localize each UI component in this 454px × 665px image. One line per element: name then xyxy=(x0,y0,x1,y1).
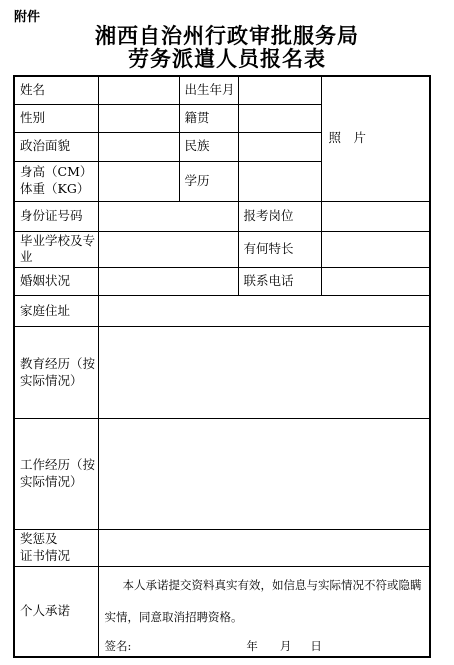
height-weight-value-cell[interactable] xyxy=(98,161,179,201)
work-history-label-line1: 工作经历（按 xyxy=(20,457,96,474)
school-major-label-line1: 毕业学校及专 xyxy=(20,233,96,250)
table-row: 工作经历（按 实际情况） xyxy=(14,419,430,530)
school-major-label: 毕业学校及专 业 xyxy=(14,231,98,268)
photo-cell[interactable]: 照 片 xyxy=(321,76,430,201)
table-row: 毕业学校及专 业 有何特长 xyxy=(14,231,430,268)
ethnicity-label: 民族 xyxy=(179,132,238,161)
education-history-label-line1: 教育经历（按 xyxy=(20,356,96,373)
work-history-label: 工作经历（按 实际情况） xyxy=(14,419,98,530)
home-address-label: 家庭住址 xyxy=(14,296,98,327)
work-history-value-cell[interactable] xyxy=(98,419,430,530)
signature-row: 签名:年月日 xyxy=(105,638,426,654)
table-row: 奖惩及 证书情况 xyxy=(14,530,430,567)
specialty-value-cell[interactable] xyxy=(321,231,430,268)
awards-label-line2: 证书情况 xyxy=(20,548,96,565)
home-address-value-cell[interactable] xyxy=(98,296,430,327)
work-history-label-line2: 实际情况） xyxy=(20,474,96,491)
position-applied-label: 报考岗位 xyxy=(238,201,321,231)
native-place-label: 籍贯 xyxy=(179,104,238,132)
specialty-label: 有何特长 xyxy=(238,231,321,268)
table-row: 婚姻状况 联系电话 xyxy=(14,268,430,296)
name-value-cell[interactable] xyxy=(98,76,179,104)
id-number-value-cell[interactable] xyxy=(98,201,238,231)
birth-date-label: 出生年月 xyxy=(179,76,238,104)
gender-label: 性别 xyxy=(14,104,98,132)
education-level-label: 学历 xyxy=(179,161,238,201)
education-level-value-cell[interactable] xyxy=(238,161,321,201)
marital-status-value-cell[interactable] xyxy=(98,268,238,296)
month-label: 月 xyxy=(280,638,292,654)
commitment-text-line1: 本人承诺提交资料真实有效，如信息与实际情况不符或隐瞒 xyxy=(105,569,426,601)
birth-date-value-cell[interactable] xyxy=(238,76,321,104)
education-history-value-cell[interactable] xyxy=(98,327,430,419)
contact-phone-value-cell[interactable] xyxy=(321,268,430,296)
political-status-label: 政治面貌 xyxy=(14,132,98,161)
form-title-line2: 劳务派遣人员报名表 xyxy=(0,47,454,70)
table-row: 身份证号码 报考岗位 xyxy=(14,201,430,231)
native-place-value-cell[interactable] xyxy=(238,104,321,132)
commitment-text-line2: 实情，同意取消招聘资格。 xyxy=(105,601,426,633)
marital-status-label: 婚姻状况 xyxy=(14,268,98,296)
ethnicity-value-cell[interactable] xyxy=(238,132,321,161)
signature-label: 签名: xyxy=(105,639,132,653)
height-label-line: 身高（CM） xyxy=(20,164,96,181)
name-label: 姓名 xyxy=(14,76,98,104)
education-history-label-line2: 实际情况） xyxy=(20,373,96,390)
school-major-value-cell[interactable] xyxy=(98,231,238,268)
table-row: 家庭住址 xyxy=(14,296,430,327)
school-major-label-line2: 业 xyxy=(20,249,96,266)
weight-label-line: 体重（KG） xyxy=(20,181,96,198)
year-label: 年 xyxy=(246,638,258,654)
attachment-label: 附件 xyxy=(14,6,40,25)
form-title: 湘西自治州行政审批服务局 劳务派遣人员报名表 xyxy=(0,24,454,70)
id-number-label: 身份证号码 xyxy=(14,201,98,231)
position-applied-value-cell[interactable] xyxy=(321,201,430,231)
form-title-line1: 湘西自治州行政审批服务局 xyxy=(0,24,454,47)
form-page: 附件 湘西自治州行政审批服务局 劳务派遣人员报名表 姓名 出生年月 照 片 性别… xyxy=(0,0,454,665)
personal-commitment-cell: 本人承诺提交资料真实有效，如信息与实际情况不符或隐瞒 实情，同意取消招聘资格。 … xyxy=(98,567,430,658)
height-weight-label: 身高（CM） 体重（KG） xyxy=(14,161,98,201)
contact-phone-label: 联系电话 xyxy=(238,268,321,296)
education-history-label: 教育经历（按 实际情况） xyxy=(14,327,98,419)
table-row: 姓名 出生年月 照 片 xyxy=(14,76,430,104)
awards-certificates-label: 奖惩及 证书情况 xyxy=(14,530,98,567)
awards-certificates-value-cell[interactable] xyxy=(98,530,430,567)
personal-commitment-label: 个人承诺 xyxy=(14,567,98,658)
gender-value-cell[interactable] xyxy=(98,104,179,132)
awards-label-line1: 奖惩及 xyxy=(20,531,96,548)
table-row: 个人承诺 本人承诺提交资料真实有效，如信息与实际情况不符或隐瞒 实情，同意取消招… xyxy=(14,567,430,658)
table-row: 教育经历（按 实际情况） xyxy=(14,327,430,419)
political-status-value-cell[interactable] xyxy=(98,132,179,161)
day-label: 日 xyxy=(310,638,322,654)
application-form-table: 姓名 出生年月 照 片 性别 籍贯 政治面貌 民族 身高（CM） 体重（KG） … xyxy=(13,75,431,658)
